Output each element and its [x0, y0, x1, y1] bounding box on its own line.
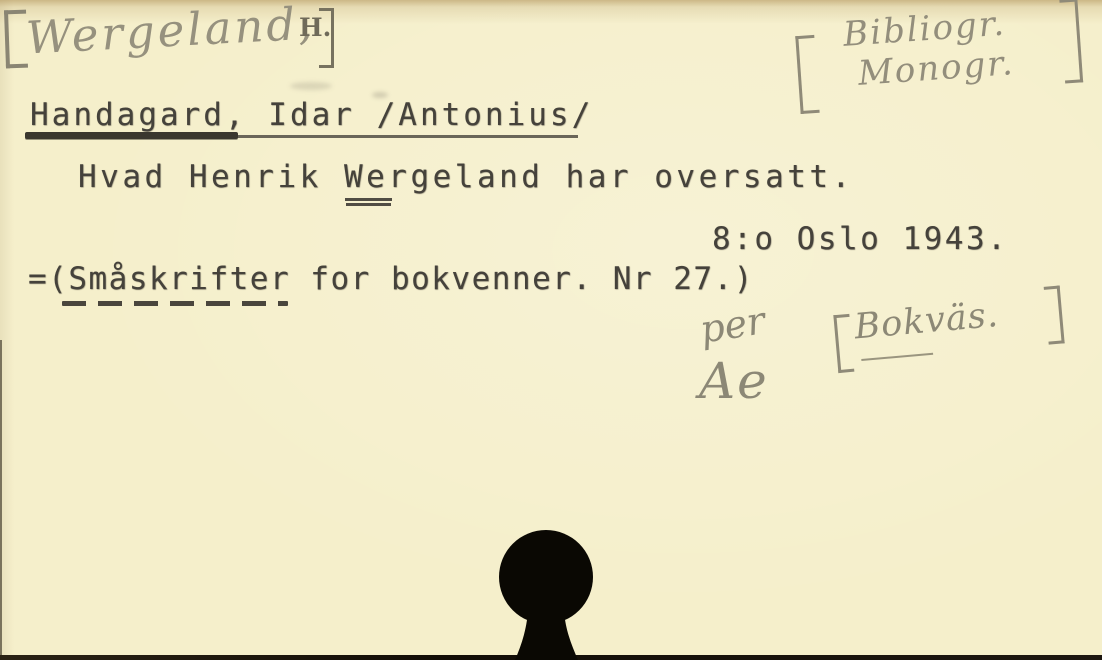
- wergeland-double-underline: [345, 198, 392, 201]
- pencil-note-per: per: [697, 298, 768, 352]
- punch-hole-keyhole: [488, 524, 618, 660]
- classification-note: Bibliogr. Monogr.: [792, 0, 1093, 116]
- author-heading-line: Handagard, Idar /Antonius/: [30, 97, 593, 133]
- pencil-underline: [861, 353, 933, 361]
- wergeland-double-underline: [346, 203, 391, 206]
- pencil-reference-text: Bokväs.: [853, 295, 1001, 347]
- left-bracket-mark: [795, 35, 819, 114]
- catalog-card: Wergeland, H. Bibliogr. Monogr. Handagar…: [0, 0, 1102, 660]
- left-bracket-mark: [833, 314, 854, 373]
- right-bracket-mark: [1044, 285, 1065, 344]
- heading-author-note: Wergeland,: [25, 0, 317, 65]
- author-underline-heavy: [25, 132, 238, 139]
- imprint-line: 8:o Oslo 1943.: [712, 221, 1008, 257]
- pencil-reference-note: Bokväs.: [830, 283, 1073, 375]
- right-bracket-mark: [1059, 0, 1083, 84]
- card-left-edge: [0, 340, 2, 660]
- right-bracket-mark: [319, 8, 334, 68]
- series-line: =(Småskrifter for bokvenner. Nr 27.): [28, 261, 754, 297]
- series-dashed-underline: [62, 301, 288, 306]
- title-line: Hvad Henrik Wergeland har oversatt.: [78, 159, 854, 195]
- pencil-initials: Ae: [699, 352, 769, 410]
- pencil-smudge: [290, 82, 332, 90]
